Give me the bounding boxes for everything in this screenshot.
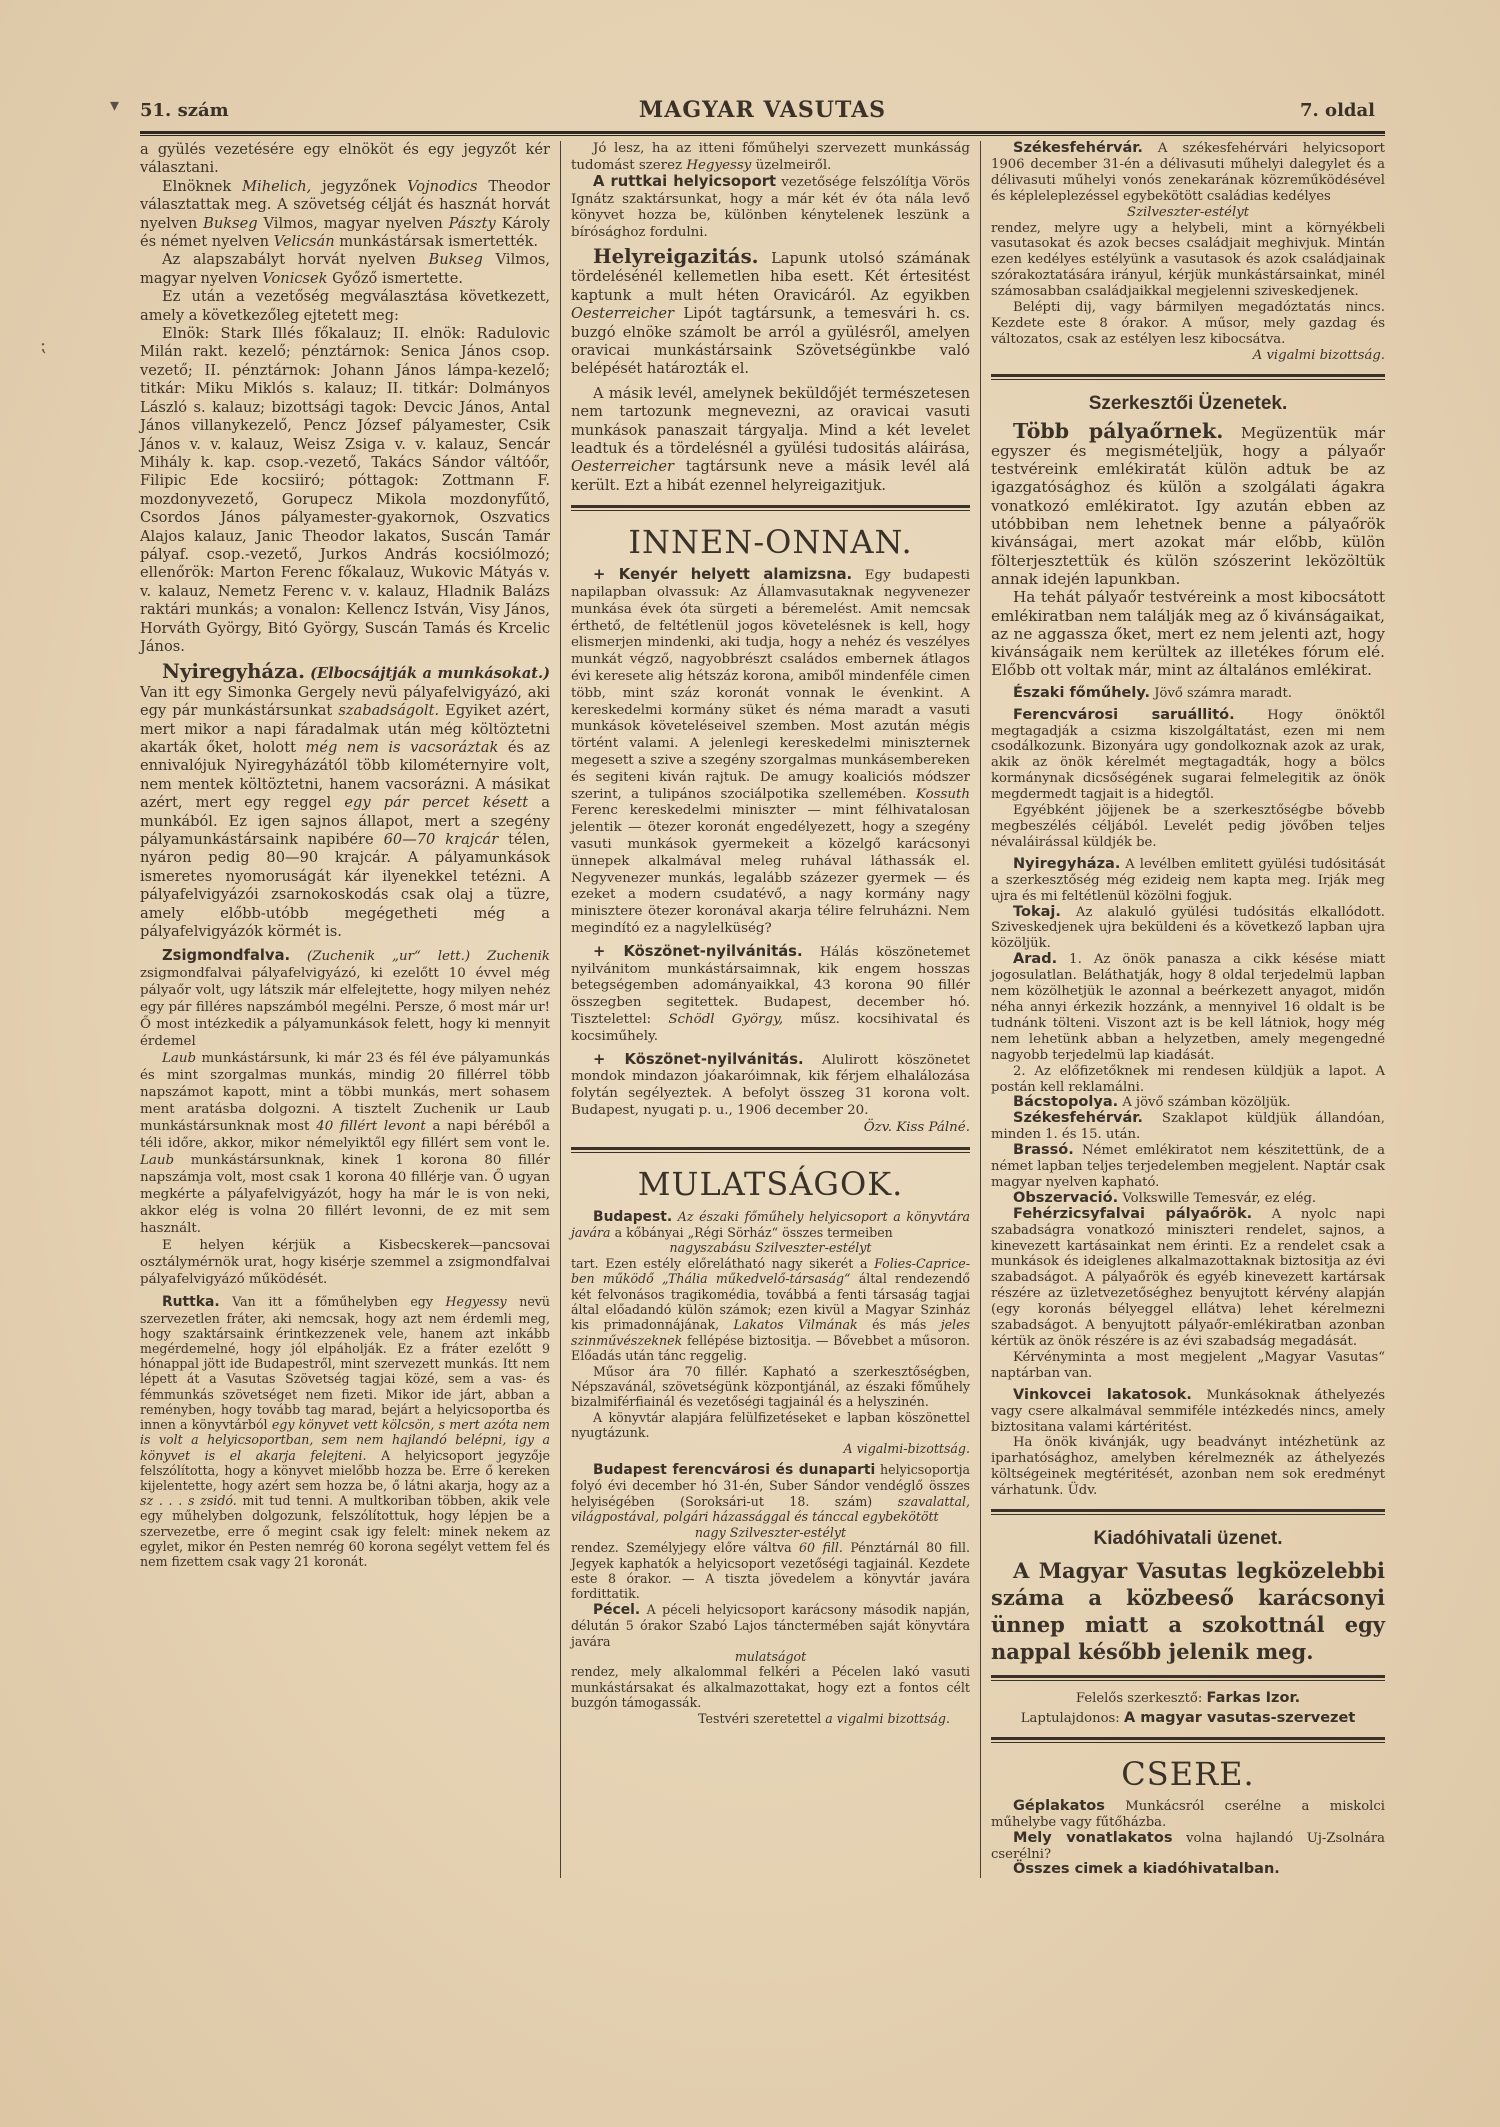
message-brasso: Brassó. Német emlékiratot nem készitettü… xyxy=(991,1143,1385,1191)
paragraph: 2. Az előfizetőknek mi rendesen küldjük … xyxy=(991,1064,1385,1096)
article-heading: Pécel. xyxy=(593,1602,640,1618)
message-szekesfehervar: Székesfehérvár. Szaklapot küldjük álland… xyxy=(991,1111,1385,1143)
paragraph: Elnöknek Mihelich, jegyzőnek Vojnodics T… xyxy=(140,178,550,252)
message-arad: Arad. 1. Az önök panasza a cikk késése m… xyxy=(991,952,1385,1063)
paragraph: rendez, melyre ugy a helybeli, mint a kö… xyxy=(991,221,1385,301)
article-helyreigazitas: Helyreigazitás. Lapunk utolsó számának t… xyxy=(571,247,970,379)
margin-mark: ⁏ xyxy=(40,335,46,356)
article-pecel: Pécel. A péceli helyicsoport karácsony m… xyxy=(571,1602,970,1649)
event-title: mulatságot xyxy=(571,1649,970,1664)
column-1: a gyülés vezetésére egy elnököt és egy j… xyxy=(140,141,560,1878)
paragraph: Egyébként jöjjenek be a szerkesztőségbe … xyxy=(991,803,1385,851)
responsible-editor: Felelős szerkesztő: Farkas Izor. xyxy=(991,1691,1385,1707)
section-divider xyxy=(991,1737,1385,1743)
article-heading: Székesfehérvár. xyxy=(1013,140,1143,156)
event-title: nagyszabásu Szilveszter-estélyt xyxy=(571,1240,970,1255)
signature: Testvéri szeretettel a vigalmi bizottság… xyxy=(571,1711,970,1726)
message-tobb-palyaornek: Több pályaőrnek. Megüzentük már egyszer … xyxy=(991,422,1385,589)
article-nyiregyhaza: Nyiregyháza. (Elbocsájtják a munkásokat.… xyxy=(140,662,550,941)
article-ruttka: Ruttka. Van itt a főműhelyben egy Hegyes… xyxy=(140,1294,550,1569)
paragraph: rendez, mely alkalommal felkéri a Pécele… xyxy=(571,1664,970,1710)
article-heading: Nyiregyháza. xyxy=(162,659,305,683)
message-vinkovce: Vinkovcei lakatosok. Munkásoknak áthelye… xyxy=(991,1388,1385,1436)
exchange-item: Mely vonatlakatos volna hajlandó Uj-Zsol… xyxy=(991,1831,1385,1863)
paragraph: Az alapszabályt horvát nyelven Bukseg Vi… xyxy=(140,251,550,288)
margin-mark: ▾ xyxy=(110,95,119,116)
paragraph: A könyvtár alapjára felülfizetéseket e l… xyxy=(571,1410,970,1441)
paragraph: Jó lesz, ha az itteni főműhelyi szerveze… xyxy=(571,141,970,174)
section-divider xyxy=(571,505,970,511)
section-divider xyxy=(991,1509,1385,1515)
section-title-csere: CSERE. xyxy=(991,1753,1385,1795)
section-title-mulatsagok: MULATSÁGOK. xyxy=(571,1163,970,1205)
header-rule xyxy=(140,131,1385,136)
event-title: Szilveszter-estélyt xyxy=(991,205,1385,221)
article-heading: + Köszönet-nyilvánitás. xyxy=(593,1051,804,1068)
exchange-item: Géplakatos Munkácsról cserélne a miskolc… xyxy=(991,1799,1385,1831)
article-szekesfehervar: Székesfehérvár. A székesfehérvári helyic… xyxy=(991,141,1385,205)
paragraph: Belépti dij, vagy bármilyen megadóztatás… xyxy=(991,300,1385,348)
signature: A vigalmi bizottság. xyxy=(991,348,1385,364)
section-title-kiadohivatali: Kiadóhivatali üzenet. xyxy=(991,1531,1385,1547)
article-ferencvaros: Budapest ferencvárosi és dunaparti helyi… xyxy=(571,1462,970,1525)
publisher-notice: A Magyar Vasutas legközelebbi száma a kö… xyxy=(991,1557,1385,1665)
section-title-innen-onnan: INNEN-ONNAN. xyxy=(571,521,970,563)
paragraph: Elnök: Stark Illés főkalauz; II. elnök: … xyxy=(140,325,550,656)
signature: A vigalmi-bizottság. xyxy=(571,1441,970,1456)
article-heading: Zsigmondfalva. xyxy=(162,947,290,964)
columns: a gyülés vezetésére egy elnököt és egy j… xyxy=(140,141,1385,1878)
column-3: Székesfehérvár. A székesfehérvári helyic… xyxy=(980,141,1385,1878)
newspaper-title: MAGYAR VASUTAS xyxy=(140,97,1385,123)
section-title-szerkesztoi-uzenetek: Szerkesztői Üzenetek. xyxy=(991,396,1385,412)
article-heading: Helyreigazitás. xyxy=(593,244,759,268)
paragraph: A ruttkai helyicsoport vezetősége felszó… xyxy=(571,174,970,241)
message-bacstopolya: Bácstopolya. A jövő számban közöljük. xyxy=(991,1095,1385,1111)
article-heading: Ruttka. xyxy=(162,1294,220,1310)
paragraph: Ha tehát pályaőr testvéreink a most kibo… xyxy=(991,588,1385,679)
exchange-item: Összes cimek a kiadóhivatalban. xyxy=(991,1862,1385,1878)
paragraph: Ez után a vezetőség megválasztása követk… xyxy=(140,288,550,325)
article-heading: Budapest ferencvárosi és dunaparti xyxy=(593,1462,875,1478)
article-heading: + Köszönet-nyilvánitás. xyxy=(593,943,803,960)
article-budapest: Budapest. Az északi főműhely helyicsopor… xyxy=(571,1209,970,1241)
article-heading: + Kenyér helyett alamizsna. xyxy=(593,566,852,583)
message-fehérzicsyfalva: Fehérzicsyfalvai pályaőrök. A nyolc napi… xyxy=(991,1207,1385,1350)
article-kenyer: + Kenyér helyett alamizsna. Egy budapest… xyxy=(571,567,970,938)
article-koszonet-2: + Köszönet-nyilvánitás. Alulirott köszön… xyxy=(571,1052,970,1120)
paragraph: Ha önök kivánják, ugy beadványt intézhet… xyxy=(991,1435,1385,1499)
publisher-owner: Laptulajdonos: A magyar vasutas-szerveze… xyxy=(991,1711,1385,1727)
paragraph: a gyülés vezetésére egy elnököt és egy j… xyxy=(140,141,550,178)
page-number: 7. oldal xyxy=(1300,100,1375,121)
message-obszervacio: Obszervació. Volkswille Temesvár, ez elé… xyxy=(991,1191,1385,1207)
column-2: Jó lesz, ha az itteni főműhelyi szerveze… xyxy=(560,141,980,1878)
paragraph: Műsor ára 70 fillér. Kapható a szerkeszt… xyxy=(571,1364,970,1410)
section-divider xyxy=(991,1675,1385,1681)
paragraph: Laub munkástársunk, ki már 23 és fél éve… xyxy=(140,1050,550,1237)
page-header: 51. szám MAGYAR VASUTAS 7. oldal xyxy=(140,85,1385,135)
event-title: nagy Szilveszter-estélyt xyxy=(571,1525,970,1540)
message-nyiregyhaza: Nyiregyháza. A levélben emlitett gyülési… xyxy=(991,857,1385,905)
message-eszaki: Északi főműhely. Jövő számra maradt. xyxy=(991,686,1385,702)
section-divider xyxy=(571,1147,970,1153)
paragraph: A másik levél, amelynek beküldőjét termé… xyxy=(571,385,970,495)
message-ferencvarosi: Ferencvárosi saruállitó. Hogy önöktől me… xyxy=(991,708,1385,803)
article-heading: Budapest. xyxy=(593,1209,672,1225)
paragraph: rendez. Személyjegy előre váltva 60 fill… xyxy=(571,1540,970,1602)
paragraph: E helyen kérjük a Kisbecskerek—pancsovai… xyxy=(140,1237,550,1288)
signature: Özv. Kiss Pálné. xyxy=(571,1120,970,1137)
section-divider xyxy=(991,374,1385,380)
paragraph: tart. Ezen estély előrelátható nagy sike… xyxy=(571,1256,970,1364)
article-heading: Több pályaőrnek. xyxy=(1013,419,1223,443)
article-koszonet-1: + Köszönet-nyilvánitás. Hálás köszönetem… xyxy=(571,944,970,1046)
article-zsigmondfalva: Zsigmondfalva. (Zuchenik „ur“ lett.) Zuc… xyxy=(140,947,550,1050)
message-tokaj: Tokaj. Az alakuló gyülési tudósitás elka… xyxy=(991,905,1385,953)
newspaper-page: 51. szám MAGYAR VASUTAS 7. oldal a gyülé… xyxy=(140,85,1385,1878)
paragraph: Kérvényminta a most megjelent „Magyar Va… xyxy=(991,1350,1385,1382)
